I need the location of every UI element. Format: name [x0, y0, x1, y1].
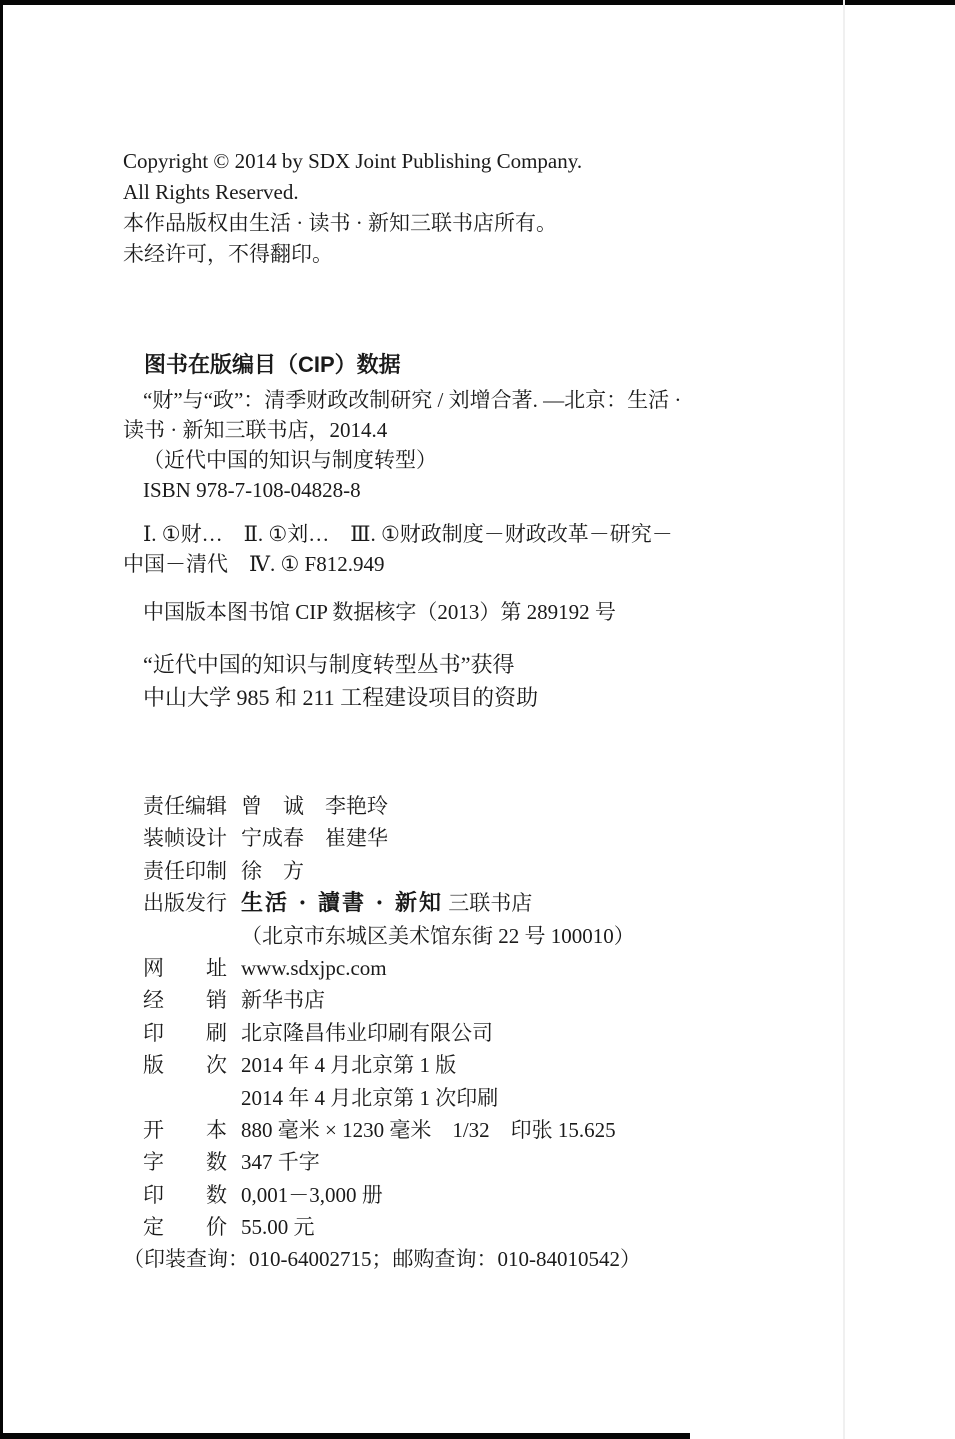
rights-reserved-line: All Rights Reserved. [123, 177, 582, 208]
cip-class-line1: Ⅰ. ①财… Ⅱ. ①刘… Ⅲ. ①财政制度－财政改革－研究－ [123, 519, 673, 549]
colophon-row-edition-continued: 2014 年 4 月北京第 1 次印刷 [143, 1082, 635, 1114]
format-value: 880 毫米 × 1230 毫米 1/32 印张 15.625 [241, 1114, 616, 1146]
colophon-row-edition: 版 次 2014 年 4 月北京第 1 版 [143, 1049, 635, 1081]
editor-label: 责任编辑 [143, 790, 233, 822]
publisher-name-text: 三联书店 [443, 891, 532, 915]
copyright-line-english: Copyright © 2014 by SDX Joint Publishing… [123, 146, 582, 177]
cip-class-line2: 中国－清代 Ⅳ. ① F812.949 [123, 549, 673, 579]
cip-publisher-line: 读书 · 新知三联书店，2014.4 [123, 415, 681, 445]
copyright-block: Copyright © 2014 by SDX Joint Publishing… [123, 146, 582, 270]
word-count-label: 字 数 [143, 1146, 233, 1178]
publisher-address: （北京市东城区美术馆东街 22 号 100010） [241, 920, 635, 952]
distribution-value: 新华书店 [241, 984, 325, 1016]
colophon-row-website: 网 址 www.sdxjpc.com [143, 952, 635, 984]
colophon-row-printer: 印 刷 北京隆昌伟业印刷有限公司 [143, 1017, 635, 1049]
copyright-line-chinese: 本作品版权由生活 · 读书 · 新知三联书店所有。 [123, 208, 582, 239]
publisher-label: 出版发行 [143, 887, 233, 919]
scan-border-left [0, 0, 3, 1439]
price-label: 定 价 [143, 1211, 233, 1243]
colophon-row-publisher-address: （北京市东城区美术馆东街 22 号 100010） [143, 920, 635, 952]
colophon-row-word-count: 字 数 347 千字 [143, 1146, 635, 1178]
print-run-value: 0,001－3,000 册 [241, 1179, 383, 1211]
printer-label: 印 刷 [143, 1017, 233, 1049]
word-count-value: 347 千字 [241, 1146, 320, 1178]
print-supervisor-value: 徐 方 [241, 855, 304, 887]
publisher-value: 生活 · 讀書 · 新知 三联书店 [241, 887, 532, 919]
colophon-row-design: 装帧设计 宁成春 崔建华 [143, 822, 635, 854]
scan-seam-line [843, 0, 845, 1439]
funding-note: “近代中国的知识与制度转型丛书”获得 中山大学 985 和 211 工程建设项目… [143, 648, 538, 714]
colophon-row-print-supervisor: 责任印制 徐 方 [143, 855, 635, 887]
design-value: 宁成春 崔建华 [241, 822, 388, 854]
no-reproduction-line: 未经许可，不得翻印。 [123, 239, 582, 270]
price-value: 55.00 元 [241, 1211, 315, 1243]
colophon-row-editor: 责任编辑 曾 诚 李艳玲 [143, 790, 635, 822]
cip-record-number: 中国版本图书馆 CIP 数据核字（2013）第 289192 号 [143, 596, 616, 626]
cip-heading: 图书在版编目（CIP）数据 [144, 348, 401, 379]
edition-label: 版 次 [143, 1049, 233, 1081]
scan-border-top [0, 0, 955, 5]
colophon-row-print-run: 印 数 0,001－3,000 册 [143, 1179, 635, 1211]
editor-value: 曾 诚 李艳玲 [241, 790, 388, 822]
website-value: www.sdxjpc.com [241, 952, 387, 984]
colophon-row-publisher: 出版发行 生活 · 讀書 · 新知 三联书店 [143, 887, 635, 919]
publisher-logo-text: 生活 · 讀書 · 新知 [241, 890, 443, 916]
cip-series-note: （近代中国的知识与制度转型） [123, 445, 681, 475]
print-supervisor-label: 责任印制 [143, 855, 233, 887]
cip-isbn: ISBN 978-7-108-04828-8 [123, 475, 681, 505]
printer-value: 北京隆昌伟业印刷有限公司 [241, 1017, 493, 1049]
colophon-row-distribution: 经 销 新华书店 [143, 984, 635, 1016]
inquiry-note: （印装查询：010-64002715；邮购查询：010-84010542） [123, 1243, 641, 1273]
website-label: 网 址 [143, 952, 233, 984]
edition-value-line2: 2014 年 4 月北京第 1 次印刷 [241, 1082, 498, 1114]
funding-line1: “近代中国的知识与制度转型丛书”获得 [143, 648, 538, 681]
print-run-label: 印 数 [143, 1179, 233, 1211]
colophon-block: 责任编辑 曾 诚 李艳玲 装帧设计 宁成春 崔建华 责任印制 徐 方 出版发行 … [143, 790, 635, 1243]
scan-border-bottom [0, 1433, 690, 1439]
design-label: 装帧设计 [143, 822, 233, 854]
distribution-label: 经 销 [143, 984, 233, 1016]
colophon-row-format: 开 本 880 毫米 × 1230 毫米 1/32 印张 15.625 [143, 1114, 635, 1146]
funding-line2: 中山大学 985 和 211 工程建设项目的资助 [143, 681, 538, 714]
book-copyright-page: { "copyright": { "line1": "Copyright © 2… [0, 0, 955, 1439]
cip-title-author-line: “财”与“政”：清季财政改制研究 / 刘增合著. —北京：生活 · [123, 385, 681, 415]
edition-value-line1: 2014 年 4 月北京第 1 版 [241, 1049, 456, 1081]
cip-entry-block: “财”与“政”：清季财政改制研究 / 刘增合著. —北京：生活 · 读书 · 新… [123, 385, 681, 505]
format-label: 开 本 [143, 1114, 233, 1146]
colophon-row-price: 定 价 55.00 元 [143, 1211, 635, 1243]
cip-classification-block: Ⅰ. ①财… Ⅱ. ①刘… Ⅲ. ①财政制度－财政改革－研究－ 中国－清代 Ⅳ.… [123, 519, 673, 579]
